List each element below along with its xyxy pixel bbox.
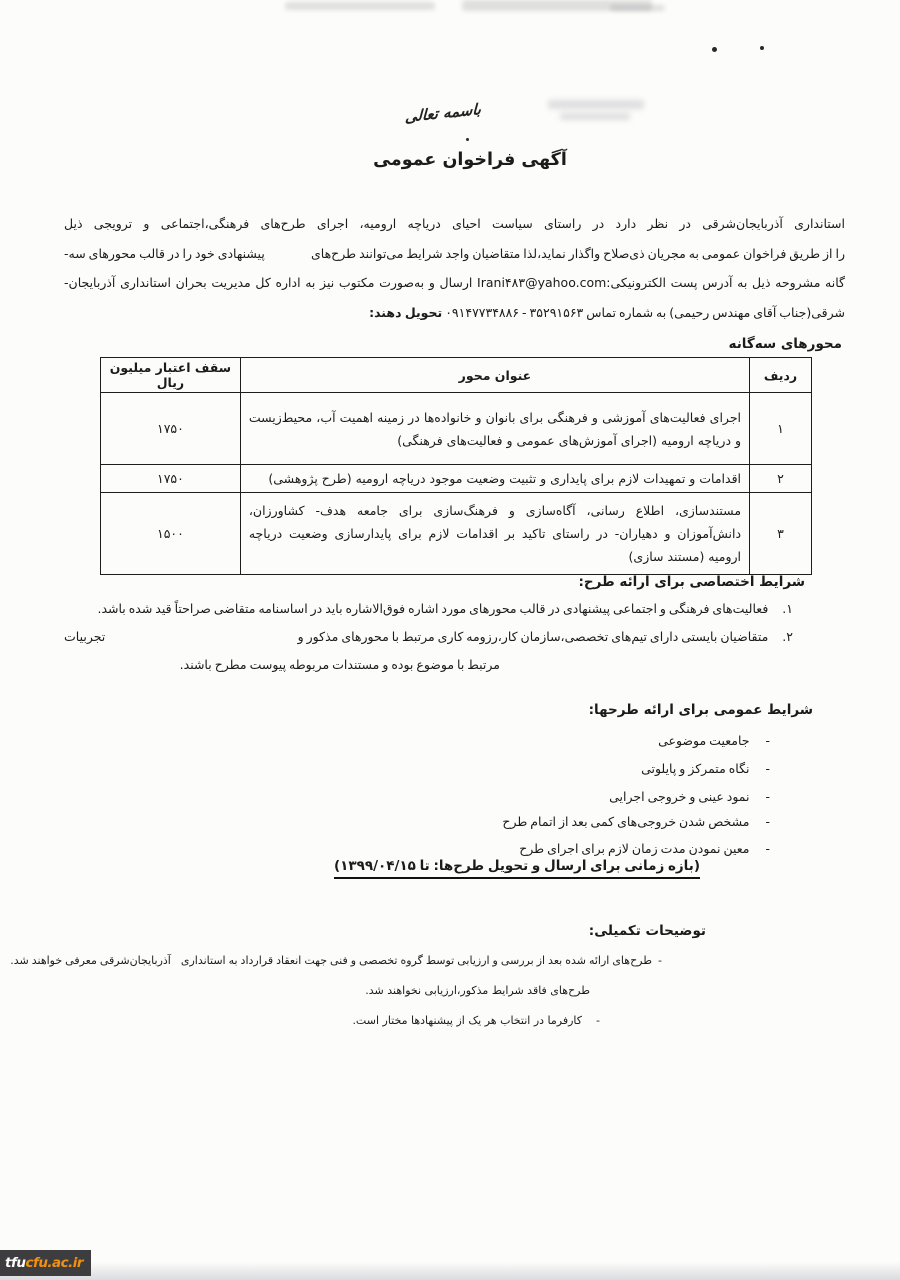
general-condition-item: - مشخص شدن خروجی‌های کمی بعد از اتمام طر… — [502, 814, 770, 829]
intro-line-2-end: پیشنهادی خود را در قالب محورهای سه- — [64, 239, 265, 269]
row-1-credit: ۱۷۵۰ — [101, 393, 241, 465]
watermark-prefix: tfu — [5, 1255, 25, 1271]
note-item-1-line-2: طرح‌های فاقد شرایط مذکور،ارزیابی نخواهند… — [365, 984, 590, 997]
document-title: آگهی فراخوان عمومی — [40, 150, 900, 170]
axes-section-heading: محورهای سه‌گانه — [729, 336, 842, 352]
dash-bullet: - — [765, 761, 770, 776]
dash-bullet: - — [765, 733, 770, 748]
note-item-1: - طرح‌های ارائه شده بعد از بررسی و ارزیا… — [60, 954, 662, 967]
general-condition-item: - نمود عینی و خروجی اجرایی — [609, 789, 770, 804]
general-conditions-heading: شرایط عمومی برای ارائه طرحها: — [589, 702, 813, 718]
row-1-number: ۱ — [750, 393, 812, 465]
table-row: ۲ اقدامات و تمهیدات لازم برای پایداری و … — [101, 465, 812, 493]
item-text: مشخص شدن خروجی‌های کمی بعد از اتمام طرح — [502, 814, 749, 829]
item-text: نگاه متمرکز و پایلوتی — [641, 761, 749, 776]
item-text: متقاضیان بایستی دارای تیم‌های تخصصی،سازم… — [298, 629, 769, 644]
row-3-title: مستندسازی، اطلاع رسانی، آگاه‌سازی و فرهن… — [240, 493, 749, 575]
notes-heading: توضیحات تکمیلی: — [589, 923, 706, 939]
item-number: ۱. — [782, 601, 793, 616]
item-number: ۲. — [782, 629, 793, 644]
general-condition-item: - نگاه متمرکز و پایلوتی — [641, 761, 770, 776]
item-text: کارفرما در انتخاب هر یک از پیشنهادها مخت… — [352, 1014, 582, 1027]
item-text: فعالیت‌های فرهنگی و اجتماعی پیشنهادی در … — [97, 601, 768, 616]
row-3-number: ۳ — [750, 493, 812, 575]
intro-line-2-start: را از طریق فراخوان عمومی به مجریان ذی‌صل… — [311, 239, 845, 269]
dash-bullet: - — [765, 814, 770, 829]
watermark-domain: cfu.ac.ir — [25, 1255, 83, 1271]
row-3-credit: ۱۵۰۰ — [101, 493, 241, 575]
besmellah-calligraphy: باسمه تعالی — [378, 97, 508, 129]
specific-condition-item-1: ۱. فعالیت‌های فرهنگی و اجتماعی پیشنهادی … — [64, 601, 793, 616]
intro-line-2: را از طریق فراخوان عمومی به مجریان ذی‌صل… — [64, 239, 845, 269]
table-row: ۳ مستندسازی، اطلاع رسانی، آگاه‌سازی و فر… — [101, 493, 812, 575]
item-text: جامعیت موضوعی — [658, 733, 749, 748]
site-watermark: tfucfu.ac.ir — [0, 1250, 91, 1276]
scanned-document-page: باسمه تعالی آگهی فراخوان عمومی استانداری… — [0, 0, 900, 1280]
submission-deadline: (بازه زمانی برای ارسال و تحویل طرح‌ها: ت… — [334, 858, 700, 879]
dash-bullet: - — [596, 1014, 600, 1027]
row-2-credit: ۱۷۵۰ — [101, 465, 241, 493]
specific-condition-item-2: ۲. متقاضیان بایستی دارای تیم‌های تخصصی،س… — [64, 629, 793, 644]
ink-dot — [466, 138, 469, 141]
item-text: معین نمودن مدت زمان لازم برای اجرای طرح — [519, 841, 749, 856]
general-condition-item: - جامعیت موضوعی — [658, 733, 770, 748]
note-text-continued: آذربایجان‌شرقی معرفی خواهند شد. — [10, 954, 171, 967]
dash-bullet: - — [658, 954, 662, 967]
col-header-row-no: ردیف — [750, 358, 812, 393]
item-text-continued: تجربیات — [64, 629, 105, 644]
col-header-axis-title: عنوان محور — [240, 358, 749, 393]
col-header-credit-cap: سقف اعتبار میلیون ریال — [101, 358, 241, 393]
axes-table-header-row: ردیف عنوان محور سقف اعتبار میلیون ریال — [101, 358, 812, 393]
specific-conditions-heading: شرایط اختصاصی برای ارائه طرح: — [578, 574, 805, 590]
note-text: - طرح‌های ارائه شده بعد از بررسی و ارزیا… — [181, 954, 662, 967]
scan-edge-shadow — [0, 1262, 900, 1280]
ghost-stamp-mark — [560, 113, 630, 120]
axes-table: ردیف عنوان محور سقف اعتبار میلیون ریال ۱… — [100, 357, 812, 575]
note-item-2: - کارفرما در انتخاب هر یک از پیشنهادها م… — [352, 1014, 600, 1027]
row-2-number: ۲ — [750, 465, 812, 493]
item-text: نمود عینی و خروجی اجرایی — [609, 789, 749, 804]
intro-paragraph: استانداری آذربایجان‌شرقی در نظر دارد در … — [64, 209, 845, 327]
scan-artifact — [610, 5, 665, 11]
general-condition-item: - معین نمودن مدت زمان لازم برای اجرای طر… — [519, 841, 770, 856]
scan-artifact — [285, 2, 435, 10]
ghost-stamp-mark — [548, 100, 644, 109]
row-2-title: اقدامات و تمهیدات لازم برای پایداری و تث… — [240, 465, 749, 493]
dash-bullet: - — [765, 841, 770, 856]
item-text: طرح‌های ارائه شده بعد از بررسی و ارزیابی… — [181, 954, 652, 967]
table-row: ۱ اجرای فعالیت‌های آموزشی و فرهنگی برای … — [101, 393, 812, 465]
intro-line-1: استانداری آذربایجان‌شرقی در نظر دارد در … — [64, 209, 845, 239]
dash-bullet: - — [765, 789, 770, 804]
intro-line-4: شرقی(جناب آقای مهندس رحیمی) به شماره تما… — [64, 298, 845, 328]
intro-line-4-text: شرقی(جناب آقای مهندس رحیمی) به شماره تما… — [445, 305, 845, 320]
specific-condition-item-2-line-2: مرتبط با موضوع بوده و مستندات مربوطه پیو… — [180, 657, 500, 672]
ink-dot — [760, 46, 764, 50]
ink-dot — [712, 47, 717, 52]
intro-line-4-bold: تحویل دهند: — [369, 305, 442, 320]
intro-line-3: گانه مشروحه ذیل به آدرس پست الکترونیکی:I… — [64, 268, 845, 298]
row-1-title: اجرای فعالیت‌های آموزشی و فرهنگی برای با… — [240, 393, 749, 465]
